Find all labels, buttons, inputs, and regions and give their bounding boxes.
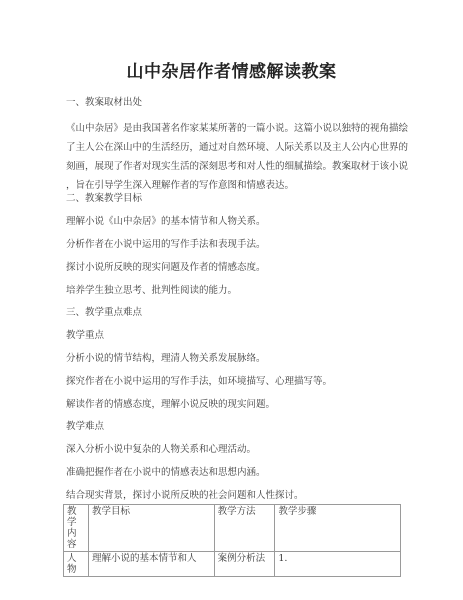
table-header-cell: 教学 内容 [64, 505, 89, 552]
difficulty-item: 深入分析小说中复杂的人物关系和心理活动。 [66, 444, 256, 456]
key-point-item: 解读作者的情感态度，理解小说反映的现实问题。 [66, 399, 275, 411]
section-heading-objectives: 二、教案教学目标 [66, 193, 142, 205]
key-point-item: 探究作者在小说中运用的写作手法，如环境描写、心理描写等。 [66, 376, 332, 388]
source-paragraph: 《山中杂居》是由我国著名作家某某所著的一篇小说。这篇小说以独特的视角描绘 了主人… [66, 119, 398, 195]
paragraph-line: 了主人公在深山中的生活经历，通过对自然环境、人际关系以及主人公内心世界的 [66, 138, 398, 157]
section-heading-key-difficult: 三、教学重点难点 [66, 307, 142, 319]
key-point-item: 分析小说的情节结构，理清人物关系发展脉络。 [66, 353, 266, 365]
document-title: 山中杂居作者情感解读教案 [0, 57, 463, 82]
table-header-cell: 教学步骤 [275, 505, 401, 552]
table-header-cell: 教学方法 [214, 505, 275, 552]
header-line: 内容 [67, 528, 85, 550]
objective-item: 探讨小说所反映的现实问题及作者的情感态度。 [66, 262, 266, 274]
document-page: 山中杂居作者情感解读教案 一、教案取材出处 《山中杂居》是由我国著名作家某某所著… [0, 0, 463, 600]
table-header-row: 教学 内容 教学目标 教学方法 教学步骤 [64, 505, 401, 552]
lesson-table: 教学 内容 教学目标 教学方法 教学步骤 人物 理解小说的基本情节和人 案例分析… [63, 504, 401, 577]
section-heading-source: 一、教案取材出处 [66, 97, 142, 109]
objective-item: 培养学生独立思考、批判性阅读的能力。 [66, 285, 237, 297]
table-row: 人物 理解小说的基本情节和人 案例分析法 1. [64, 552, 401, 577]
table-cell: 1. [275, 552, 401, 577]
table-cell: 理解小说的基本情节和人 [88, 552, 214, 577]
objective-item: 分析作者在小说中运用的写作手法和表现手法。 [66, 239, 266, 251]
paragraph-line: 《山中杂居》是由我国著名作家某某所著的一篇小说。这篇小说以独特的视角描绘 [66, 119, 398, 138]
difficulty-item: 准确把握作者在小说中的情感表达和思想内涵。 [66, 467, 266, 479]
header-line: 教学 [67, 506, 85, 528]
difficulty-item: 结合现实背景，探讨小说所反映的社会问题和人性探讨。 [66, 490, 304, 502]
difficulties-label: 教学难点 [66, 421, 104, 433]
paragraph-line: 刻画，展现了作者对现实生活的深刻思考和对人性的细腻描绘。教案取材于该小说 [66, 157, 398, 176]
table-cell: 人物 [64, 552, 89, 577]
objective-item: 理解小说《山中杂居》的基本情节和人物关系。 [66, 216, 266, 228]
key-points-label: 教学重点 [66, 330, 104, 342]
table-header-cell: 教学目标 [88, 505, 214, 552]
table-cell: 案例分析法 [214, 552, 275, 577]
